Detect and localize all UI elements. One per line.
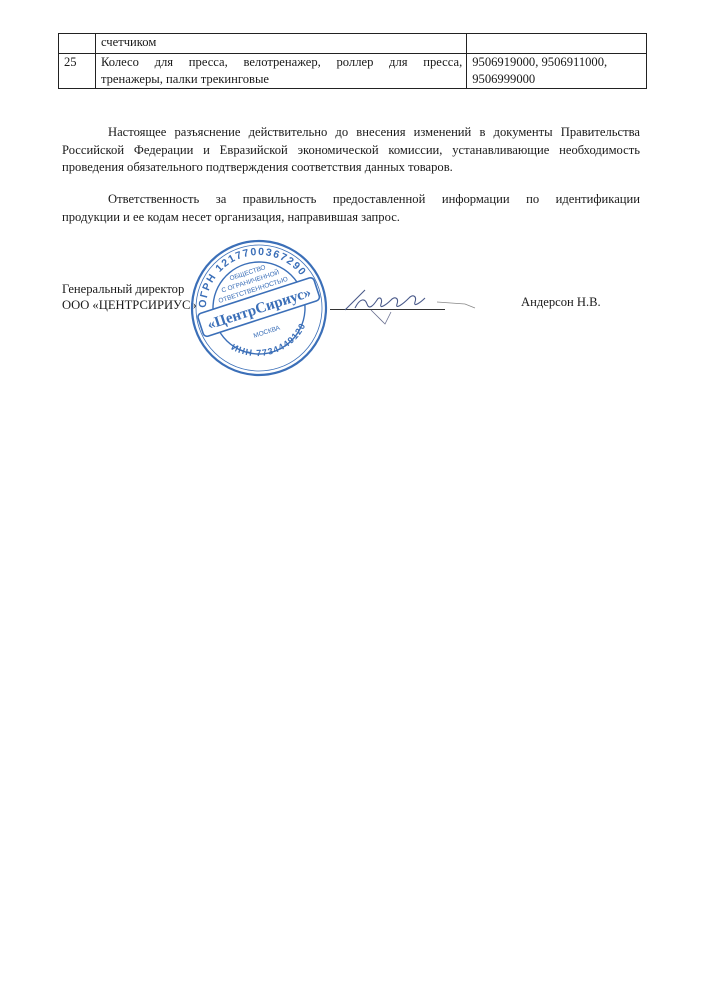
- handwritten-signature-icon: [325, 280, 485, 330]
- company-name: ООО «ЦЕНТРСИРИУС»: [62, 297, 197, 313]
- codes-line: 9506999000: [472, 71, 642, 88]
- row-number-cell: [59, 34, 96, 54]
- document-page: счетчиком 25 Колесо для пресса, велотрен…: [0, 0, 707, 1000]
- paragraph-line: Настоящее разъяснение действительно до в…: [62, 124, 640, 142]
- company-seal-stamp-icon: ОГРН 1217700367290 ИНН 7734449120 ОБЩЕСТ…: [188, 237, 330, 379]
- signatory-title: Генеральный директор ООО «ЦЕНТРСИРИУС»: [62, 281, 197, 313]
- row-codes-cell: 9506919000, 9506911000, 9506999000: [467, 54, 647, 89]
- codes-line: 9506919000, 9506911000,: [472, 54, 642, 71]
- table-row: счетчиком: [59, 34, 647, 54]
- table-row: 25 Колесо для пресса, велотренажер, ролл…: [59, 54, 647, 89]
- row-codes-cell: [467, 34, 647, 54]
- goods-codes-table: счетчиком 25 Колесо для пресса, велотрен…: [58, 33, 647, 89]
- paragraph-line: продукции и ее кодам несет организация, …: [62, 209, 640, 227]
- responsibility-paragraph: Ответственность за правильность предоста…: [62, 191, 640, 226]
- description-line: тренажеры, палки трекинговые: [101, 71, 462, 88]
- paragraph-line: проведения обязательного подтверждения с…: [62, 159, 640, 177]
- svg-text:МОСКВА: МОСКВА: [253, 324, 282, 339]
- validity-paragraph: Настоящее разъяснение действительно до в…: [62, 124, 640, 177]
- signatory-name: Андерсон Н.В.: [521, 295, 601, 310]
- description-line: счетчиком: [101, 35, 156, 49]
- row-number-cell: 25: [59, 54, 96, 89]
- position-title: Генеральный директор: [62, 281, 197, 297]
- paragraph-line: Российской Федерации и Евразийской эконо…: [62, 142, 640, 160]
- description-line: Колесо для пресса, велотренажер, роллер …: [101, 54, 462, 71]
- paragraph-line: Ответственность за правильность предоста…: [62, 191, 640, 209]
- row-description-cell: Колесо для пресса, велотренажер, роллер …: [95, 54, 466, 89]
- row-description-cell: счетчиком: [95, 34, 466, 54]
